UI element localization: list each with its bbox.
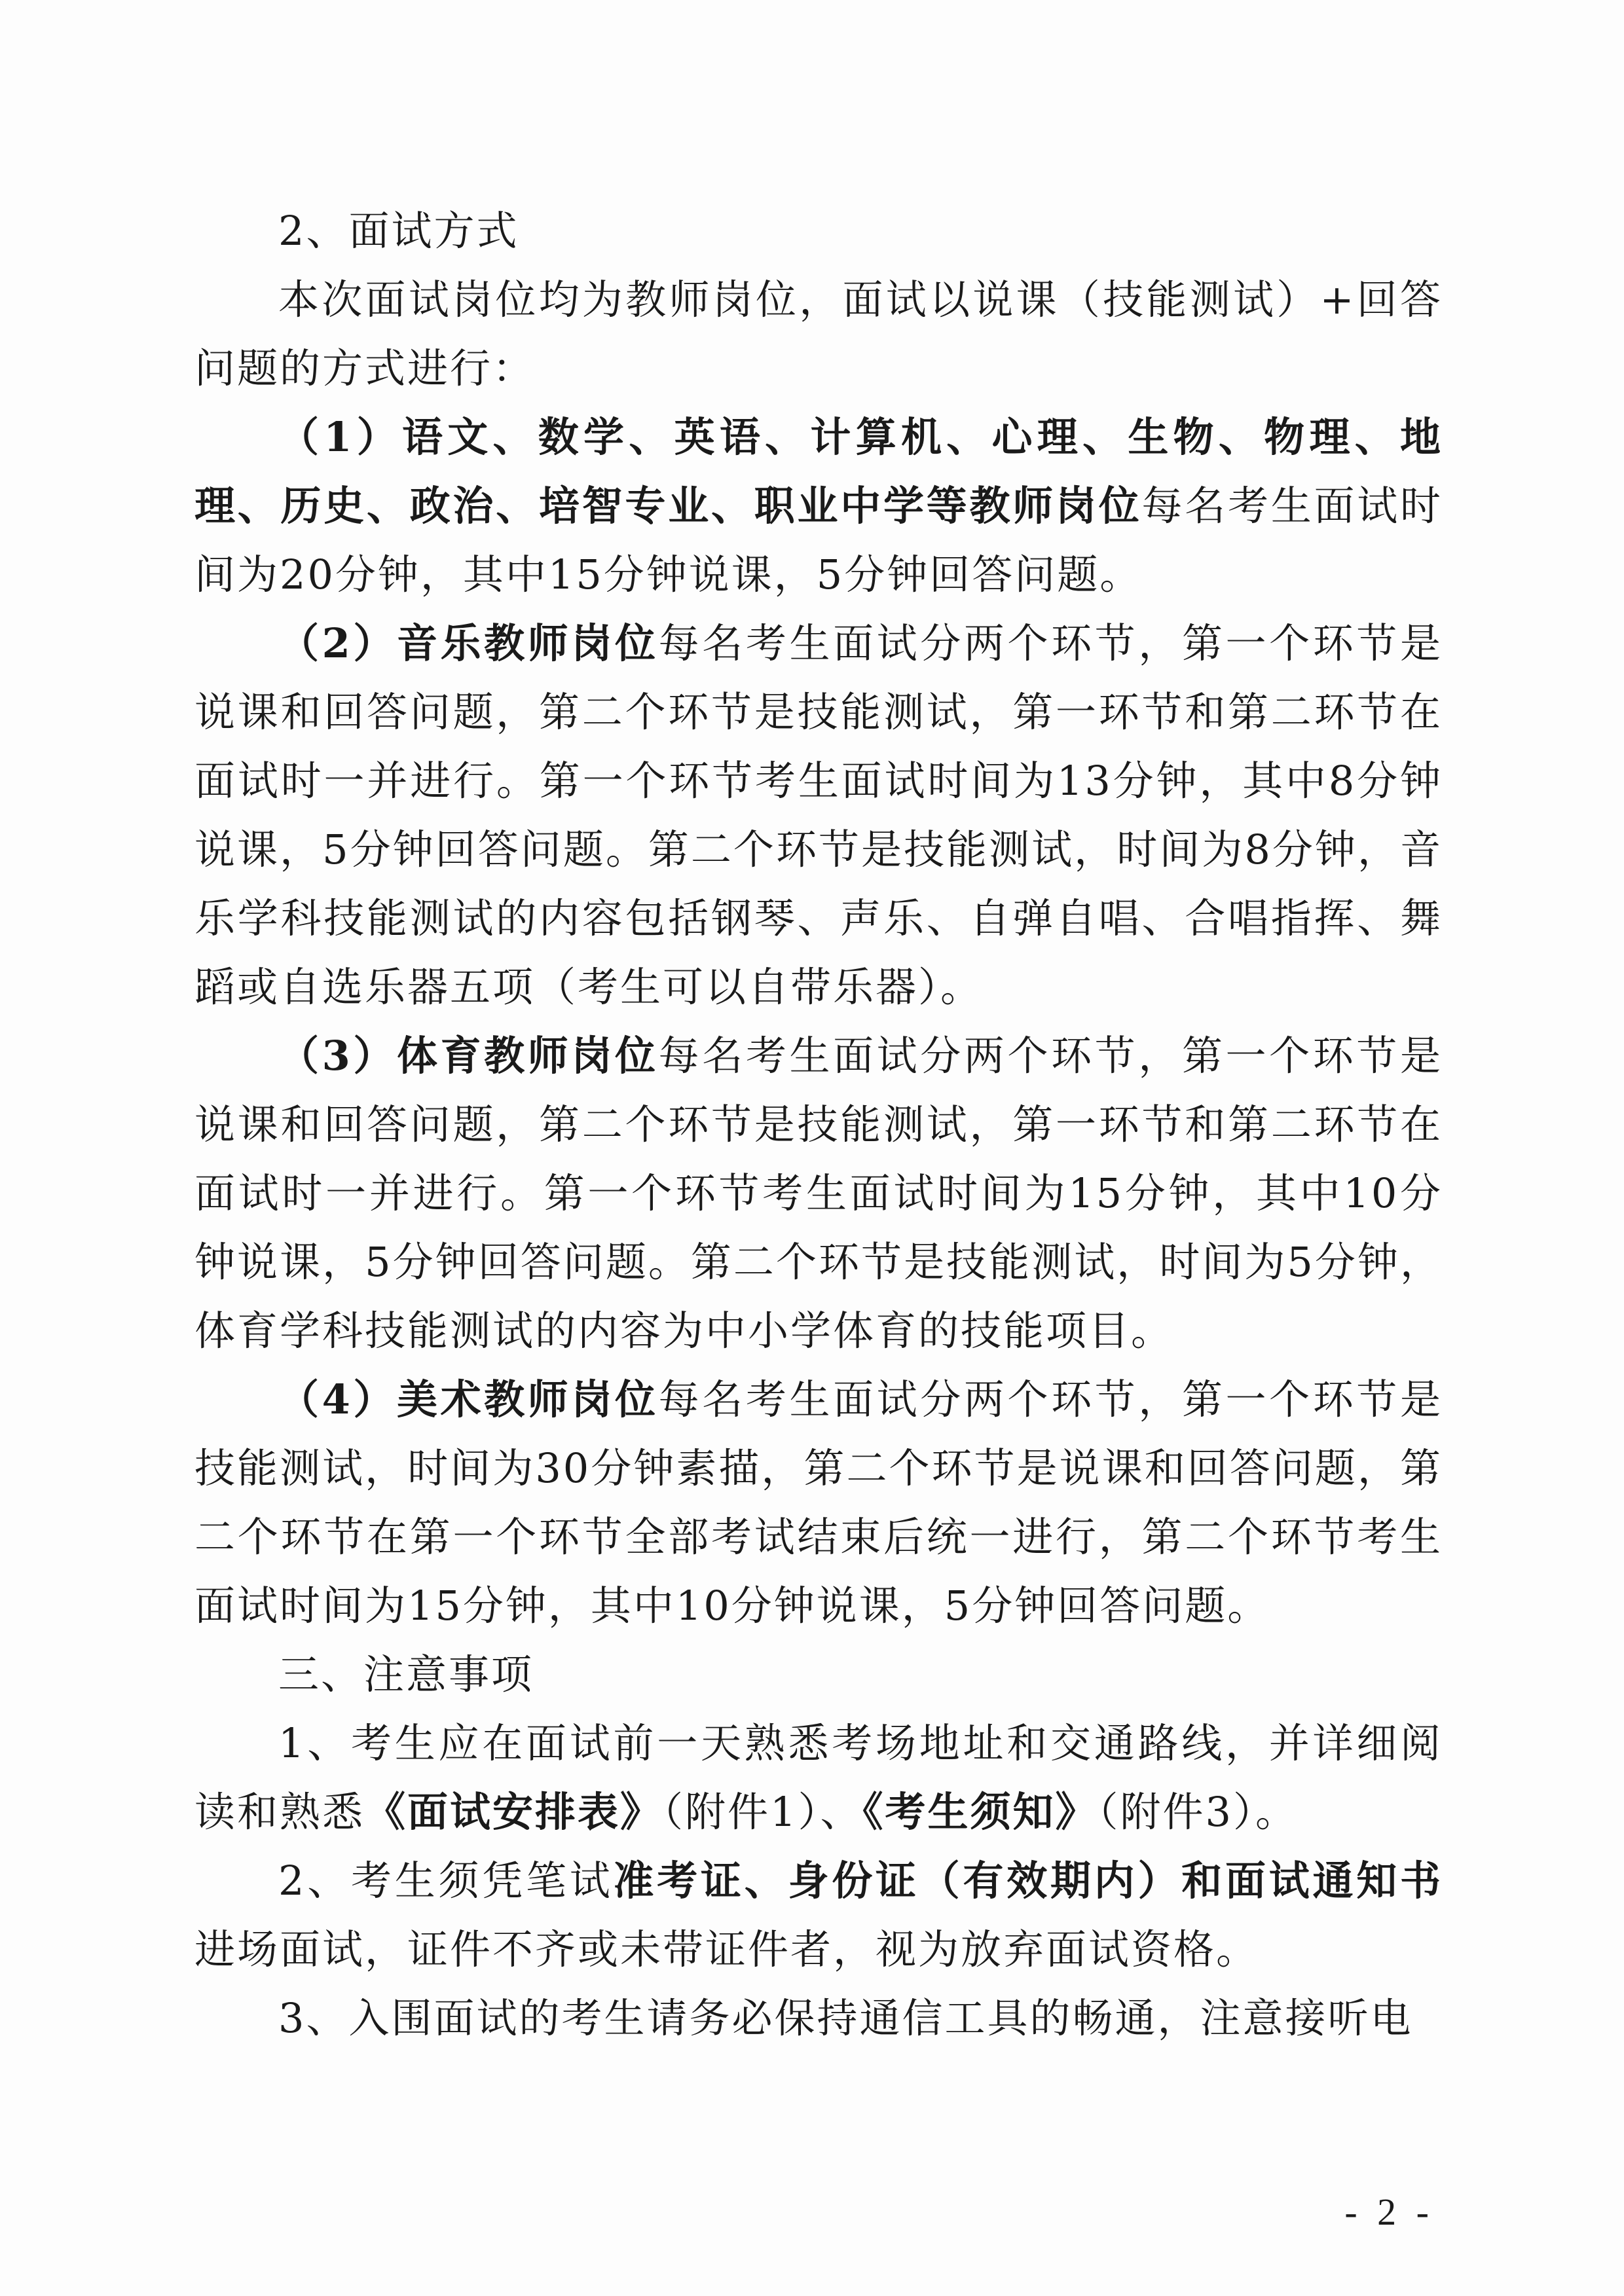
document-page: 2、面试方式 本次面试岗位均为教师岗位，面试以说课（技能测试）+回答问题的方式进… (0, 0, 1624, 2296)
section-heading-notes: 三、注意事项 (194, 1640, 1443, 1709)
item-paragraph-general: （1）语文、数学、英语、计算机、心理、生物、物理、地理、历史、政治、培智专业、职… (194, 403, 1443, 609)
item-title: （2）音乐教师岗位 (278, 619, 659, 667)
item-title: （3）体育教师岗位 (278, 1032, 659, 1080)
note-text: 2、考生须凭笔试 (278, 1857, 613, 1904)
note-paragraph-1: 1、考生应在面试前一天熟悉考场地址和交通路线，并详细阅读和熟悉《面试安排表》（附… (194, 1709, 1443, 1846)
item-text: 每名考生面试分两个环节，第一个环节是说课和回答问题，第二个环节是技能测试，第一环… (194, 1032, 1443, 1355)
note-bold-documents: 准考证、身份证（有效期内）和面试通知书 (613, 1857, 1443, 1904)
item-title: （4）美术教师岗位 (278, 1376, 659, 1423)
intro-paragraph: 本次面试岗位均为教师岗位，面试以说课（技能测试）+回答问题的方式进行： (194, 265, 1443, 403)
page-number: - 2 - (1344, 2190, 1434, 2234)
section-heading-interview-method: 2、面试方式 (194, 196, 1443, 265)
item-paragraph-pe: （3）体育教师岗位每名考生面试分两个环节，第一个环节是说课和回答问题，第二个环节… (194, 1021, 1443, 1365)
item-paragraph-art: （4）美术教师岗位每名考生面试分两个环节，第一个环节是技能测试，时间为30分钟素… (194, 1365, 1443, 1640)
note-text: 3、入围面试的考生请务必保持通信工具的畅通，注意接听电 (278, 1994, 1412, 2042)
note-text: 进场面试，证件不齐或未带证件者，视为放弃面试资格。 (194, 1925, 1259, 1973)
note-text: （附件3）。 (1098, 1788, 1298, 1836)
document-body: 2、面试方式 本次面试岗位均为教师岗位，面试以说课（技能测试）+回答问题的方式进… (194, 196, 1443, 2052)
note-paragraph-3: 3、入围面试的考生请务必保持通信工具的畅通，注意接听电 (194, 1984, 1443, 2052)
note-bold-schedule: 《面试安排表》 (365, 1788, 663, 1836)
note-paragraph-2: 2、考生须凭笔试准考证、身份证（有效期内）和面试通知书进场面试，证件不齐或未带证… (194, 1846, 1443, 1984)
item-text: 每名考生面试分两个环节，第一个环节是说课和回答问题，第二个环节是技能测试，第一环… (194, 619, 1443, 1011)
note-bold-guide: 《考生须知》 (862, 1788, 1098, 1836)
note-text: （附件1）、 (663, 1788, 862, 1836)
item-paragraph-music: （2）音乐教师岗位每名考生面试分两个环节，第一个环节是说课和回答问题，第二个环节… (194, 609, 1443, 1021)
